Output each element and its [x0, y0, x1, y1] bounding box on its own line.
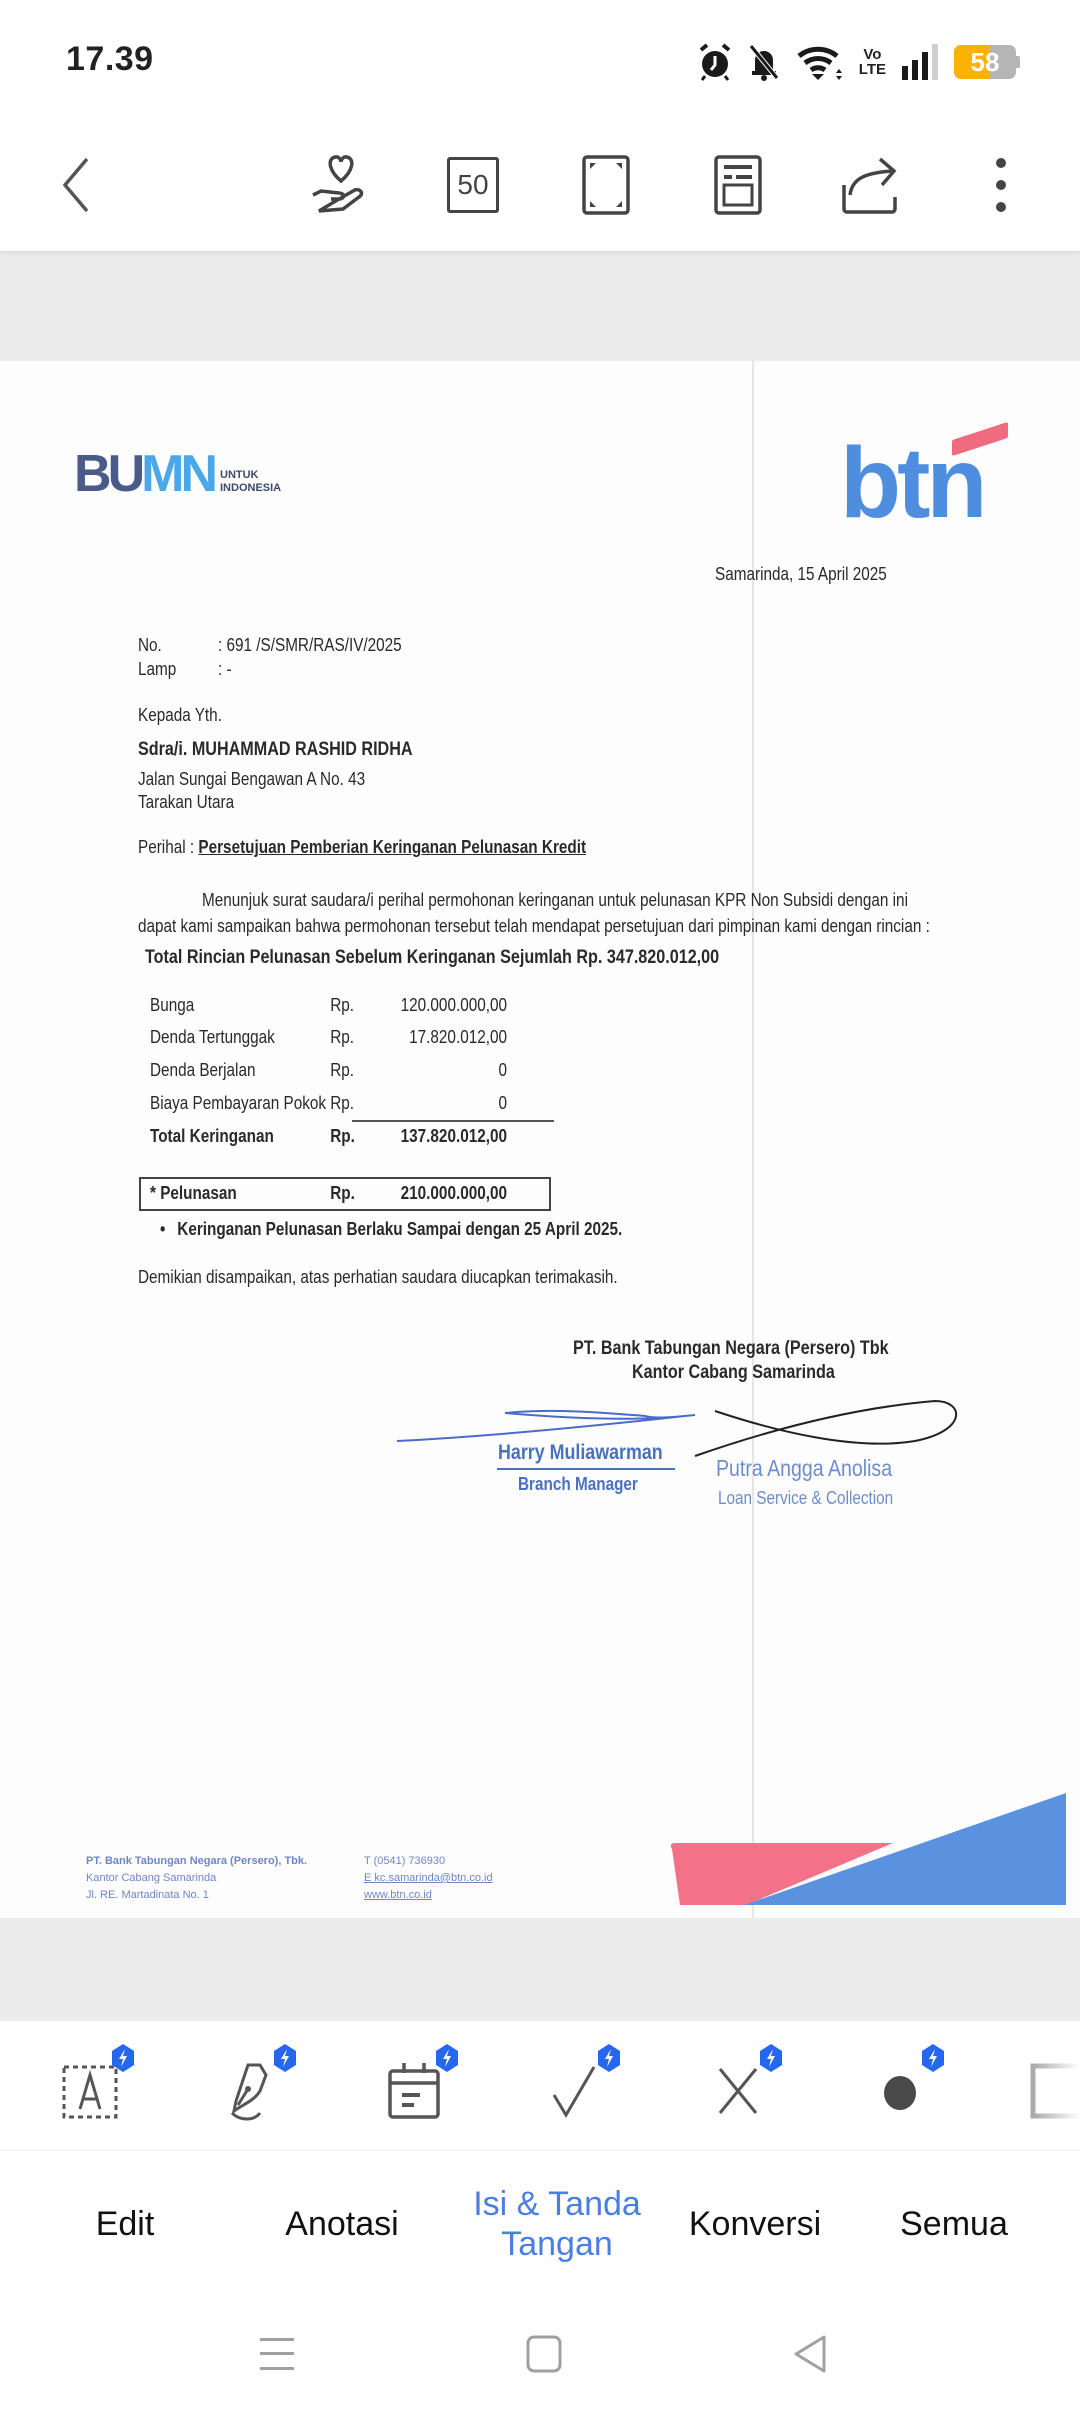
recents-button[interactable] — [247, 2324, 307, 2384]
lightning-badge-icon — [920, 2043, 946, 2073]
recipient-city: Tarakan Utara — [138, 792, 234, 813]
alarm-icon — [697, 42, 733, 82]
scan-fold-line — [752, 361, 754, 1918]
total-before-relief: Total Rincian Pelunasan Sebelum Keringan… — [145, 947, 719, 969]
triangle-back-icon — [791, 2334, 829, 2374]
signer1-underline — [497, 1468, 675, 1470]
validity-note: •Keringanan Pelunasan Berlaku Sampai den… — [160, 1219, 622, 1240]
donate-heart-icon — [309, 153, 373, 217]
tab-konversi[interactable]: Konversi — [680, 2151, 830, 2296]
table-row: Denda BerjalanRp.0 — [150, 1060, 507, 1088]
status-icons: VoLTE 58 — [697, 40, 1020, 84]
tab-edit[interactable]: Edit — [50, 2151, 200, 2296]
lightning-badge-icon — [110, 2043, 136, 2073]
lamp-label: Lamp — [138, 659, 176, 680]
footer-branch: Kantor Cabang Samarinda — [86, 1872, 216, 1884]
volte-icon: VoLTE — [859, 47, 886, 77]
dot-tool[interactable] — [860, 2051, 940, 2131]
bumn-logo: BUMN UNTUKINDONESIA — [74, 453, 281, 495]
view-mode-button[interactable] — [703, 150, 773, 220]
system-nav-bar — [0, 2296, 1080, 2412]
tab-semua[interactable]: Semua — [884, 2151, 1024, 2296]
share-button[interactable] — [835, 150, 905, 220]
btn-logo: btn — [840, 433, 983, 533]
table-row: Biaya Pembayaran PokokRp.0 — [150, 1093, 507, 1121]
tool-strip — [0, 2021, 1080, 2151]
lightning-badge-icon — [272, 2043, 298, 2073]
footer-address: Jl. RE. Martadinata No. 1 — [86, 1889, 209, 1901]
lamp-value: : - — [218, 659, 232, 680]
menu-lines-icon — [258, 2335, 296, 2373]
body-line-1: Menunjuk surat saudara/i perihal permoho… — [202, 890, 908, 911]
footer-company: PT. Bank Tabungan Negara (Persero), Tbk. — [86, 1855, 307, 1867]
date-tool[interactable] — [374, 2051, 454, 2131]
cross-tool[interactable] — [698, 2051, 778, 2131]
signer2-name: Putra Angga Anolisa — [716, 1455, 892, 1482]
signature-tool[interactable] — [212, 2051, 292, 2131]
status-bar: 17.39 VoLTE 58 — [0, 0, 1080, 120]
footer-email[interactable]: E kc.samarinda@btn.co.id — [364, 1872, 493, 1884]
table-row-total: Total KeringananRp.137.820.012,00 — [150, 1126, 507, 1154]
wifi-icon — [795, 42, 845, 82]
sum-divider — [352, 1120, 554, 1122]
no-label: No. — [138, 635, 162, 656]
subject-value: Persetujuan Pemberian Keringanan Pelunas… — [198, 837, 586, 857]
home-square-icon — [525, 2334, 563, 2374]
lightning-badge-icon — [758, 2043, 784, 2073]
body-line-2: dapat kami sampaikan bahwa permohonan te… — [138, 916, 930, 937]
clock: 17.39 — [66, 40, 154, 79]
recipient-address: Jalan Sungai Bengawan A No. 43 — [138, 769, 365, 790]
table-row: BungaRp.120.000.000,00 — [150, 995, 507, 1023]
lightning-badge-icon — [596, 2043, 622, 2073]
battery-icon: 58 — [954, 45, 1020, 79]
bell-muted-icon — [747, 42, 781, 82]
document-page[interactable]: BUMN UNTUKINDONESIA btn Samarinda, 15 Ap… — [0, 361, 1080, 1918]
more-icon — [994, 155, 1008, 215]
lightning-badge-icon — [434, 2043, 460, 2073]
signer2-title: Loan Service & Collection — [718, 1488, 893, 1509]
signal-icon — [900, 42, 940, 82]
tab-isi-tanda-tangan[interactable]: Isi & Tanda Tangan — [462, 2151, 652, 2296]
recipient-name: Sdra/i. MUHAMMAD RASHID RIDHA — [138, 739, 413, 761]
subject-line: Perihal : Persetujuan Pemberian Keringan… — [138, 837, 586, 858]
box-tool[interactable] — [1030, 2051, 1080, 2131]
settlement-row: * PelunasanRp.210.000.000,00 — [150, 1183, 507, 1211]
back-button[interactable] — [42, 150, 112, 220]
box-icon — [1030, 2063, 1080, 2119]
footer-phone: T (0541) 736930 — [364, 1855, 445, 1867]
share-icon — [840, 155, 900, 215]
greeting: Kepada Yth. — [138, 705, 222, 726]
footer-decoration — [668, 1789, 1068, 1909]
view-mode-icon — [714, 155, 762, 215]
page-zoom-button[interactable]: 50 — [438, 150, 508, 220]
place-date: Samarinda, 15 April 2025 — [715, 564, 887, 585]
mode-tabs: Edit Anotasi Isi & Tanda Tangan Konversi… — [0, 2151, 1080, 2296]
page-zoom-icon: 50 — [447, 157, 499, 213]
app-bar: 50 — [0, 120, 1080, 251]
text-edit-tool[interactable] — [50, 2051, 130, 2131]
closing-line: Demikian disampaikan, atas perhatian sau… — [138, 1267, 618, 1288]
donate-button[interactable] — [306, 150, 376, 220]
home-button[interactable] — [514, 2324, 574, 2384]
more-button[interactable] — [966, 150, 1036, 220]
check-tool[interactable] — [536, 2051, 616, 2131]
signer1-name: Harry Muliawarman — [498, 1441, 663, 1465]
tab-anotasi[interactable]: Anotasi — [262, 2151, 422, 2296]
signatory-company: PT. Bank Tabungan Negara (Persero) Tbk — [573, 1338, 889, 1360]
fit-page-icon — [582, 155, 630, 215]
signer1-title: Branch Manager — [518, 1474, 638, 1495]
fit-page-button[interactable] — [571, 150, 641, 220]
letter-number: : 691 /S/SMR/RAS/IV/2025 — [218, 635, 402, 656]
signature-strokes — [395, 1381, 975, 1461]
table-row: Denda TertunggakRp.17.820.012,00 — [150, 1027, 507, 1055]
back-icon — [57, 155, 97, 215]
back-nav-button[interactable] — [780, 2324, 840, 2384]
footer-website[interactable]: www.btn.co.id — [364, 1889, 432, 1901]
